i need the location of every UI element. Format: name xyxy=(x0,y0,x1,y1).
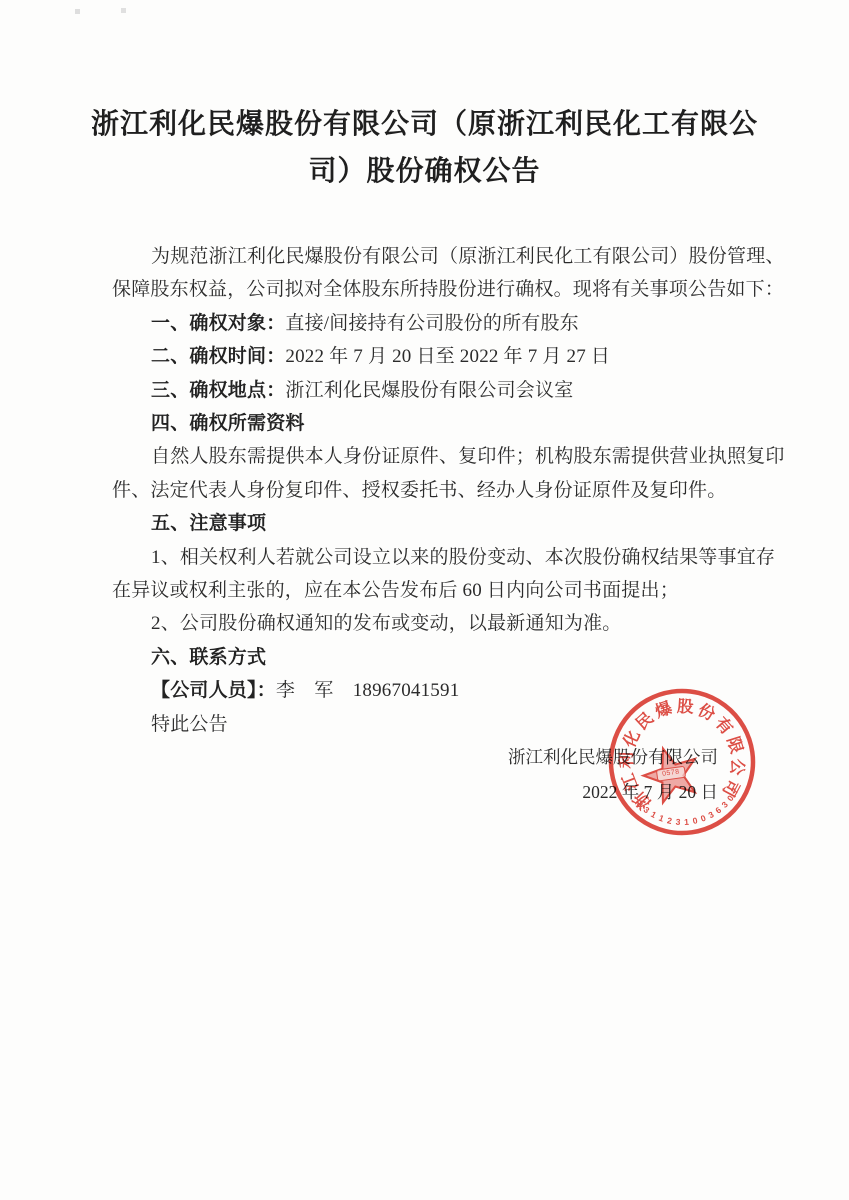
scan-artifact xyxy=(75,9,80,14)
body-line: 1、相关权利人若就公司设立以来的股份变动、本次股份确权结果等事宜存 xyxy=(112,541,849,574)
body-line-text: 浙江利化民爆股份有限公司会议室 xyxy=(285,380,573,401)
body-line-text: 李 军 18967041591 xyxy=(276,680,460,701)
body-line: 四、确权所需资料 xyxy=(112,407,849,440)
body-line-label: 五、注意事项 xyxy=(151,513,266,534)
company-seal: 浙江利化民爆股份有限公司 33112310036307 0578 xyxy=(594,674,770,850)
seal-number-arc: 33112310036307 xyxy=(594,674,770,850)
body-line-label: 【公司人员】： xyxy=(151,680,276,701)
body-line-label: 六、联系方式 xyxy=(151,647,266,668)
body-line: 二、确权时间：2022 年 7 月 20 日至 2022 年 7 月 27 日 xyxy=(112,340,849,373)
scan-artifact xyxy=(121,8,126,13)
body-line: 2、公司股份确权通知的发布或变动，以最新通知为准。 xyxy=(112,607,849,640)
title-line-1: 浙江利化民爆股份有限公司（原浙江利民化工有限公 xyxy=(0,100,849,147)
body-line: 五、注意事项 xyxy=(112,507,849,540)
body-line-text: 自然人股东需提供本人身份证原件、复印件；机构股东需提供营业执照复印 xyxy=(151,446,785,467)
body-line: 件、法定代表人身份复印件、授权委托书、经办人身份证原件及复印件。 xyxy=(112,474,849,507)
document-title: 浙江利化民爆股份有限公司（原浙江利民化工有限公 司）股份确权公告 xyxy=(0,0,849,194)
body-lines: 为规范浙江利化民爆股份有限公司（原浙江利民化工有限公司）股份管理、保障股东权益，… xyxy=(0,240,849,741)
body-line-text: 为规范浙江利化民爆股份有限公司（原浙江利民化工有限公司）股份管理、 xyxy=(151,246,785,267)
body-line: 在异议或权利主张的，应在本公告发布后 60 日内向公司书面提出； xyxy=(112,574,849,607)
body-line-text: 特此公告 xyxy=(151,714,228,735)
body-line-label: 三、确权地点： xyxy=(151,380,285,401)
body-line: 一、确权对象：直接/间接持有公司股份的所有股东 xyxy=(112,307,849,340)
body-line: 自然人股东需提供本人身份证原件、复印件；机构股东需提供营业执照复印 xyxy=(112,440,849,473)
body-line: 三、确权地点：浙江利化民爆股份有限公司会议室 xyxy=(112,374,849,407)
body-line: 保障股东权益，公司拟对全体股东所持股份进行确权。现将有关事项公告如下： xyxy=(112,273,849,306)
body-line: 六、联系方式 xyxy=(112,641,849,674)
body-line-text: 在异议或权利主张的，应在本公告发布后 60 日内向公司书面提出； xyxy=(112,580,679,601)
body-line-label: 二、确权时间： xyxy=(151,346,285,367)
body-line-label: 四、确权所需资料 xyxy=(151,413,305,434)
body-line-label: 一、确权对象： xyxy=(151,313,285,334)
body-line-text: 2、公司股份确权通知的发布或变动，以最新通知为准。 xyxy=(151,613,622,634)
body-line-text: 直接/间接持有公司股份的所有股东 xyxy=(285,313,578,334)
document-page: 浙江利化民爆股份有限公司（原浙江利民化工有限公 司）股份确权公告 为规范浙江利化… xyxy=(0,0,849,1200)
body-line-text: 件、法定代表人身份复印件、授权委托书、经办人身份证原件及复印件。 xyxy=(112,480,726,501)
title-line-2: 司）股份确权公告 xyxy=(0,147,849,194)
body-line-text: 1、相关权利人若就公司设立以来的股份变动、本次股份确权结果等事宜存 xyxy=(151,547,775,568)
body-line-text: 2022 年 7 月 20 日至 2022 年 7 月 27 日 xyxy=(285,346,610,367)
body-line-text: 保障股东权益，公司拟对全体股东所持股份进行确权。现将有关事项公告如下： xyxy=(112,279,784,300)
body-line: 为规范浙江利化民爆股份有限公司（原浙江利民化工有限公司）股份管理、 xyxy=(112,240,849,273)
